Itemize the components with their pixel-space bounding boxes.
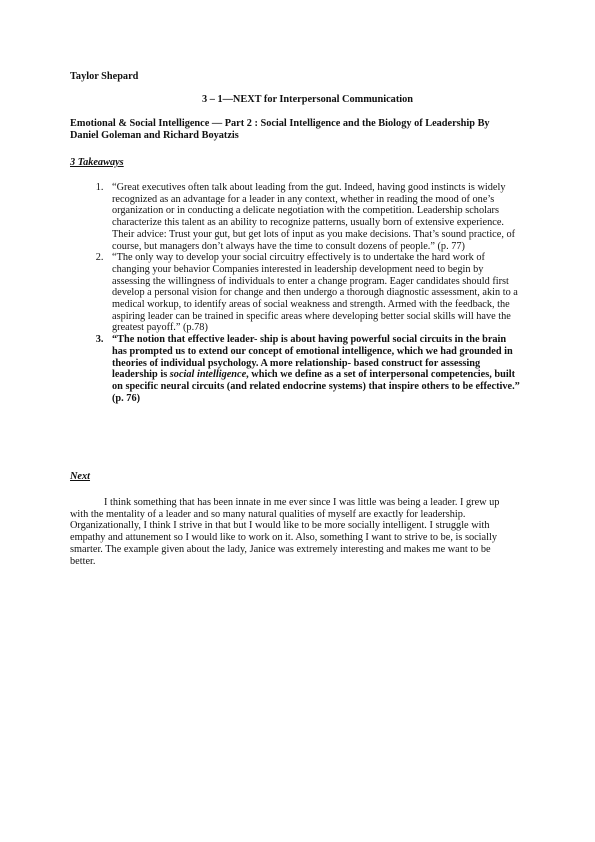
- article-title: Emotional & Social Intelligence — Part 2…: [70, 118, 510, 141]
- takeaway-text: “Great executives often talk about leadi…: [112, 182, 515, 252]
- takeaways-list: “Great executives often talk about leadi…: [70, 182, 520, 404]
- takeaway-text: “The only way to develop your social cir…: [112, 252, 518, 333]
- takeaways-heading: 3 Takeaways: [70, 157, 124, 169]
- author-name: Taylor Shepard: [70, 71, 138, 83]
- next-paragraph: I think something that has been innate i…: [70, 497, 516, 567]
- document-page: Taylor Shepard 3 – 1—NEXT for Interperso…: [0, 0, 595, 842]
- takeaway-item: “The notion that effective leader- ship …: [106, 334, 520, 404]
- emphasis-term: social intelligence: [170, 369, 246, 380]
- next-heading: Next: [70, 471, 90, 483]
- takeaway-item: “The only way to develop your social cir…: [106, 252, 520, 334]
- assignment-title: 3 – 1—NEXT for Interpersonal Communicati…: [0, 94, 595, 106]
- takeaway-item: “Great executives often talk about leadi…: [106, 182, 520, 252]
